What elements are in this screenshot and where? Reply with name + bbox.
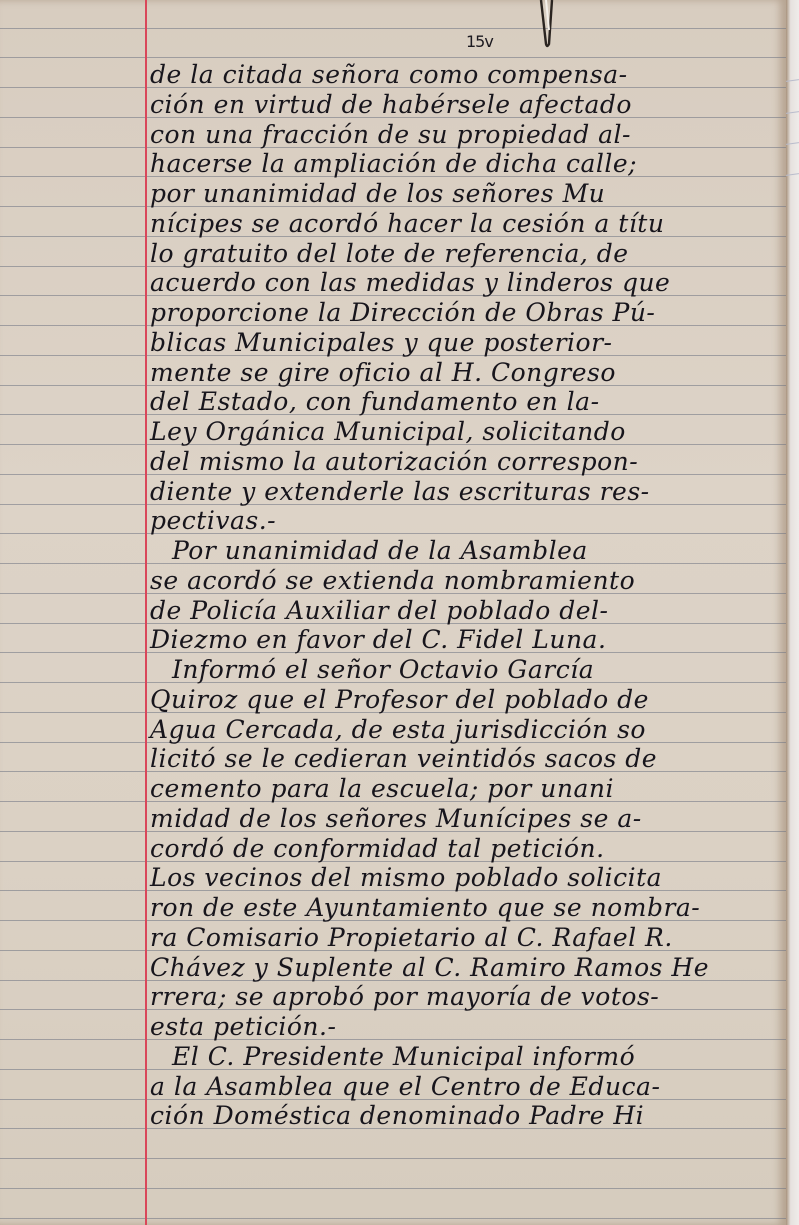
text-line: del mismo la autorización correspon- xyxy=(150,447,770,477)
text-line: Quiroz que el Profesor del poblado de xyxy=(150,685,770,715)
text-line: Informó el señor Octavio García xyxy=(172,655,792,685)
ruled-line xyxy=(0,1158,786,1159)
text-line: pectivas.- xyxy=(150,506,770,536)
text-line: a la Asamblea que el Centro de Educa- xyxy=(150,1072,770,1102)
text-line: ra Comisario Propietario al C. Rafael R. xyxy=(150,923,770,953)
page-number: 15v xyxy=(466,32,493,51)
text-line: mente se gire oficio al H. Congreso xyxy=(150,358,770,388)
text-line: Agua Cercada, de esta jurisdicción so xyxy=(150,715,770,745)
text-line: esta petición.- xyxy=(150,1012,770,1042)
text-line: lo gratuito del lote de referencia, de xyxy=(150,239,770,269)
text-line: licitó se le cedieran veintidós sacos de xyxy=(150,744,770,774)
text-line: rrera; se aprobó por mayoría de votos- xyxy=(150,982,770,1012)
text-line: del Estado, con fundamento en la- xyxy=(150,387,770,417)
text-line: ron de este Ayuntamiento que se nombra- xyxy=(150,893,770,923)
text-line: cemento para la escuela; por unani xyxy=(150,774,770,804)
text-line: acuerdo con las medidas y linderos que xyxy=(150,268,770,298)
text-line: por unanimidad de los señores Mu xyxy=(150,179,770,209)
text-line: Los vecinos del mismo poblado solicita xyxy=(150,863,770,893)
text-line: ción en virtud de habérsele afectado xyxy=(150,90,770,120)
red-margin-line xyxy=(145,0,147,1225)
text-line: midad de los señores Munícipes se a- xyxy=(150,804,770,834)
ruled-line xyxy=(0,28,786,29)
text-line: con una fracción de su propiedad al- xyxy=(150,120,770,150)
text-line: Diezmo en favor del C. Fidel Luna. xyxy=(150,625,770,655)
text-line: diente y extenderle las escrituras res- xyxy=(150,477,770,507)
text-line: se acordó se extienda nombramiento xyxy=(150,566,770,596)
text-line: Chávez y Suplente al C. Ramiro Ramos He xyxy=(150,953,770,983)
text-line: El C. Presidente Municipal informó xyxy=(172,1042,792,1072)
paper-clip-icon xyxy=(537,0,559,50)
text-line: de la citada señora como compensa- xyxy=(150,60,770,90)
ruled-line xyxy=(0,57,786,58)
ledger-page: 15v de la citada señora como compensa-ci… xyxy=(0,0,786,1225)
text-line: hacerse la ampliación de dicha calle; xyxy=(150,149,770,179)
text-line: Ley Orgánica Municipal, solicitando xyxy=(150,417,770,447)
text-line: proporcione la Dirección de Obras Pú- xyxy=(150,298,770,328)
next-page-edge xyxy=(786,0,799,1225)
ruled-line xyxy=(0,1188,786,1189)
text-line: blicas Municipales y que posterior- xyxy=(150,328,770,358)
text-line: de Policía Auxiliar del poblado del- xyxy=(150,596,770,626)
text-line: ción Doméstica denominado Padre Hi xyxy=(150,1101,770,1131)
text-line: cordó de conformidad tal petición. xyxy=(150,834,770,864)
ruled-line xyxy=(0,1218,786,1219)
text-line: nícipes se acordó hacer la cesión a títu xyxy=(150,209,770,239)
text-line: Por unanimidad de la Asamblea xyxy=(172,536,792,566)
